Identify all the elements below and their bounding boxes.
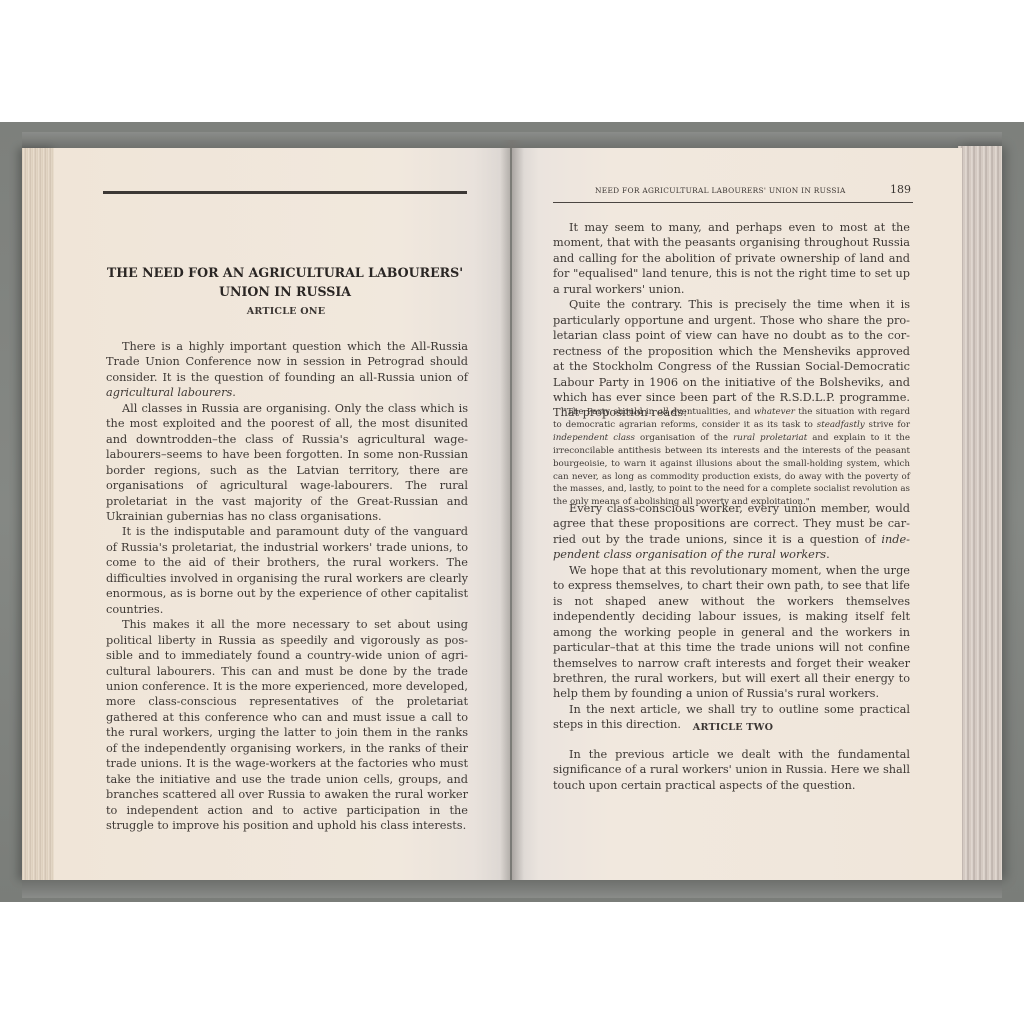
article-two-heading: ARTICLE TWO — [555, 722, 911, 733]
paragraph: We hope that at this revolutionary momen… — [553, 563, 910, 702]
right-page-edges — [958, 146, 1002, 880]
paragraph: All classes in Russia are organising. On… — [106, 401, 468, 525]
paragraph: This makes it all the more necessary to … — [106, 617, 468, 833]
paragraph: Quite the contrary. This is precisely th… — [553, 297, 910, 421]
left-header-rule — [103, 191, 467, 194]
paragraph: In the previous article we dealt with th… — [553, 747, 910, 793]
open-book: THE NEED FOR AN AGRICULTURAL LABOURERS' … — [0, 0, 1024, 1024]
book-gutter — [500, 140, 524, 885]
page-number: 189 — [890, 183, 911, 196]
quote-paragraph: "The Party should in all eventualities, … — [553, 406, 910, 509]
article-one-heading: ARTICLE ONE — [105, 306, 467, 317]
paragraph: It may seem to many, and perhaps even to… — [553, 220, 910, 297]
right-page-body-middle: Every class-conscious worker, every unio… — [553, 501, 910, 733]
right-page-body-bottom: In the previous article we dealt with th… — [553, 747, 910, 793]
paragraph: Every class-conscious worker, every unio… — [553, 501, 910, 563]
book-bottom-shadow — [22, 880, 1002, 898]
right-page-body-top: It may seem to many, and perhaps even to… — [553, 220, 910, 421]
paragraph: It is the indisputable and paramount dut… — [106, 524, 468, 617]
left-page-edges — [22, 148, 56, 880]
left-page-body: There is a highly important question whi… — [106, 339, 468, 834]
running-head: NEED FOR AGRICULTURAL LABOURERS' UNION I… — [595, 186, 865, 195]
block-quote: "The Party should in all eventualities, … — [553, 406, 910, 509]
paragraph: There is a highly important question whi… — [106, 339, 468, 401]
chapter-title: THE NEED FOR AN AGRICULTURAL LABOURERS' … — [105, 263, 465, 301]
right-header-rule — [553, 202, 913, 203]
